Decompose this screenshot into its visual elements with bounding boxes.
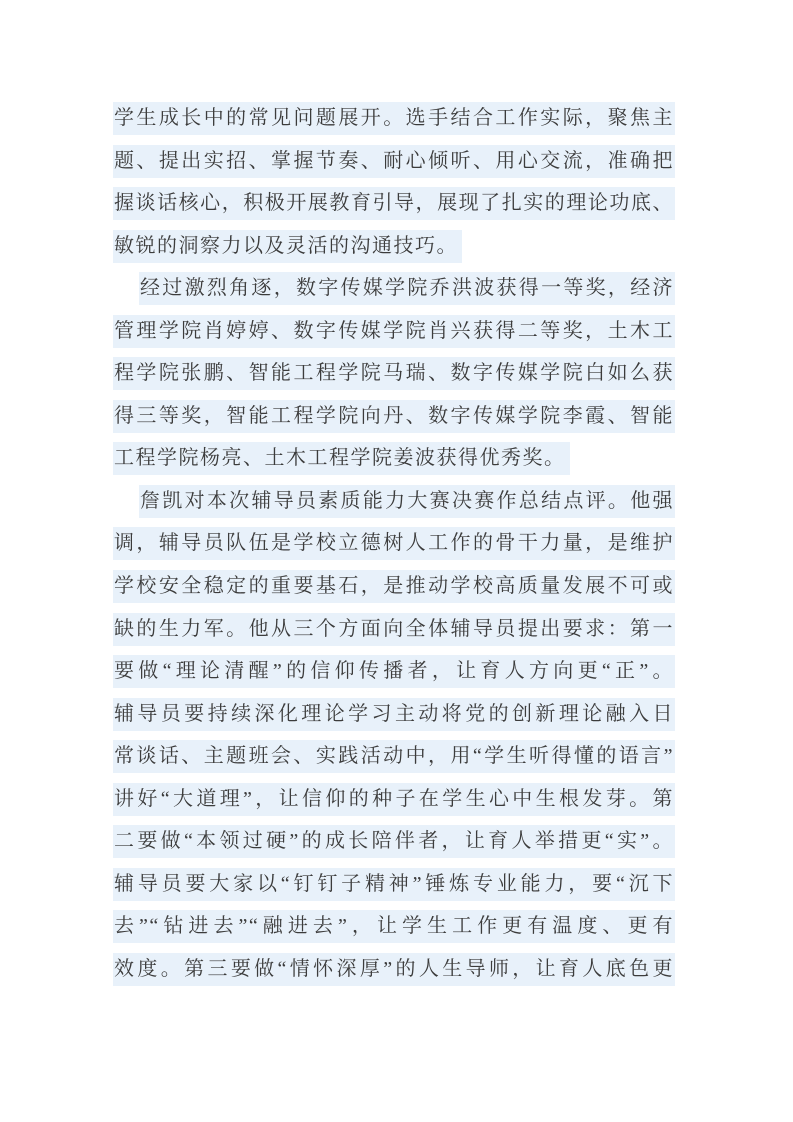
text-line-row: 学校安全稳定的重要基石，是推动学校高质量发展不可或 (113, 570, 675, 613)
text-line-row: 工程学院杨亮、土木工程学院姜波获得优秀奖。 (113, 442, 675, 485)
highlighted-text: 调，辅导员队伍是学校立德树人工作的骨干力量，是维护 (113, 527, 675, 560)
highlighted-text: 常谈话、主题班会、实践活动中，用“学生听得懂的语言” (113, 740, 675, 773)
document-page: 学生成长中的常见问题展开。选手结合工作实际，聚焦主题、提出实招、掌握节奏、耐心倾… (0, 0, 793, 1122)
highlighted-text: 得三等奖，智能工程学院向丹、数字传媒学院李霞、智能 (113, 400, 675, 433)
highlighted-text: 学生成长中的常见问题展开。选手结合工作实际，聚焦主 (113, 102, 675, 135)
text-line-row: 二要做“本领过硬”的成长陪伴者，让育人举措更“实”。 (113, 825, 675, 868)
text-line-row: 常谈话、主题班会、实践活动中，用“学生听得懂的语言” (113, 740, 675, 783)
text-line-row: 题、提出实招、掌握节奏、耐心倾听、用心交流，准确把 (113, 145, 675, 188)
text-line-row: 程学院张鹏、智能工程学院马瑞、数字传媒学院白如么获 (113, 357, 675, 400)
highlighted-text: 题、提出实招、掌握节奏、耐心倾听、用心交流，准确把 (113, 145, 675, 178)
highlighted-text: 辅导员要大家以“钉钉子精神”锤炼专业能力，要“沉下 (113, 868, 675, 901)
text-line-row: 调，辅导员队伍是学校立德树人工作的骨干力量，是维护 (113, 527, 675, 570)
highlighted-text: 工程学院杨亮、土木工程学院姜波获得优秀奖。 (113, 442, 570, 475)
text-line-row: 讲好“大道理”，让信仰的种子在学生心中生根发芽。第 (113, 783, 675, 826)
highlighted-text: 敏锐的洞察力以及灵活的沟通技巧。 (113, 230, 462, 263)
highlighted-text: 学校安全稳定的重要基石，是推动学校高质量发展不可或 (113, 570, 675, 603)
text-line-row: 握谈话核心，积极开展教育引导，展现了扎实的理论功底、 (113, 187, 675, 230)
highlighted-text: 二要做“本领过硬”的成长陪伴者，让育人举措更“实”。 (113, 825, 675, 858)
highlighted-text: 讲好“大道理”，让信仰的种子在学生心中生根发芽。第 (113, 783, 675, 816)
highlighted-text: 经过激烈角逐，数字传媒学院乔洪波获得一等奖，经济 (139, 272, 675, 305)
highlighted-text: 要做“理论清醒”的信仰传播者，让育人方向更“正”。 (113, 655, 675, 688)
text-line-row: 詹凯对本次辅导员素质能力大赛决赛作总结点评。他强 (113, 485, 675, 528)
highlighted-text: 去”“钻进去”“融进去”，让学生工作更有温度、更有 (113, 910, 675, 943)
text-line-row: 缺的生力军。他从三个方面向全体辅导员提出要求：第一 (113, 613, 675, 656)
document-body: 学生成长中的常见问题展开。选手结合工作实际，聚焦主题、提出实招、掌握节奏、耐心倾… (113, 102, 675, 995)
highlighted-text: 缺的生力军。他从三个方面向全体辅导员提出要求：第一 (113, 613, 675, 646)
text-line-row: 管理学院肖婷婷、数字传媒学院肖兴获得二等奖，土木工 (113, 315, 675, 358)
text-line-row: 辅导员要持续深化理论学习主动将党的创新理论融入日 (113, 698, 675, 741)
text-line-row: 学生成长中的常见问题展开。选手结合工作实际，聚焦主 (113, 102, 675, 145)
paragraph: 詹凯对本次辅导员素质能力大赛决赛作总结点评。他强调，辅导员队伍是学校立德树人工作… (113, 485, 675, 996)
text-line-row: 效度。第三要做“情怀深厚”的人生导师，让育人底色更 (113, 953, 675, 996)
highlighted-text: 握谈话核心，积极开展教育引导，展现了扎实的理论功底、 (113, 187, 675, 220)
paragraph: 学生成长中的常见问题展开。选手结合工作实际，聚焦主题、提出实招、掌握节奏、耐心倾… (113, 102, 675, 272)
text-line-row: 辅导员要大家以“钉钉子精神”锤炼专业能力，要“沉下 (113, 868, 675, 911)
text-line-row: 敏锐的洞察力以及灵活的沟通技巧。 (113, 230, 675, 273)
highlighted-text: 程学院张鹏、智能工程学院马瑞、数字传媒学院白如么获 (113, 357, 675, 390)
highlighted-text: 管理学院肖婷婷、数字传媒学院肖兴获得二等奖，土木工 (113, 315, 675, 348)
highlighted-text: 效度。第三要做“情怀深厚”的人生导师，让育人底色更 (113, 953, 675, 986)
text-line-row: 要做“理论清醒”的信仰传播者，让育人方向更“正”。 (113, 655, 675, 698)
text-line-row: 经过激烈角逐，数字传媒学院乔洪波获得一等奖，经济 (113, 272, 675, 315)
highlighted-text: 詹凯对本次辅导员素质能力大赛决赛作总结点评。他强 (139, 485, 675, 518)
highlighted-text: 辅导员要持续深化理论学习主动将党的创新理论融入日 (113, 698, 675, 731)
paragraph: 经过激烈角逐，数字传媒学院乔洪波获得一等奖，经济管理学院肖婷婷、数字传媒学院肖兴… (113, 272, 675, 485)
text-line-row: 去”“钻进去”“融进去”，让学生工作更有温度、更有 (113, 910, 675, 953)
text-line-row: 得三等奖，智能工程学院向丹、数字传媒学院李霞、智能 (113, 400, 675, 443)
